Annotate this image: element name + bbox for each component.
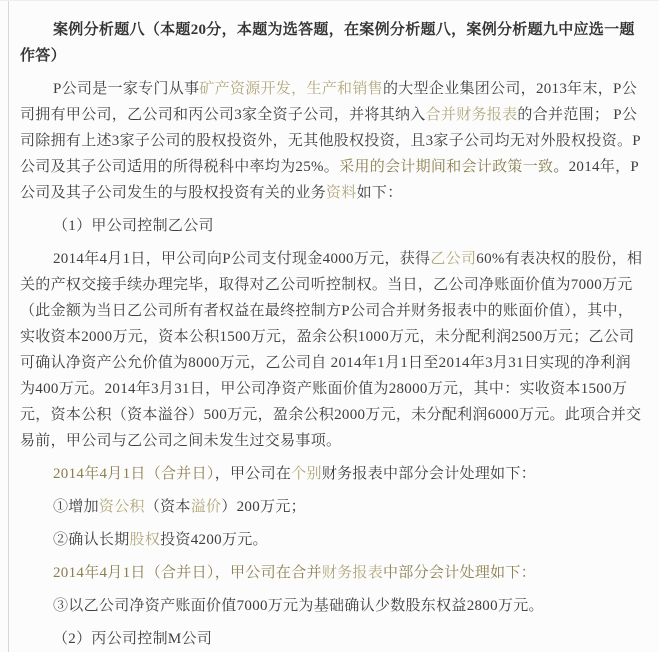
text-segment: 财务报表中部分会计处理如下： <box>322 466 536 482</box>
text-segment: 如下： <box>357 185 403 201</box>
separate-statement-heading: 2014年4月1日（合并日），甲公司在个别财务报表中部分会计处理如下： <box>20 461 644 487</box>
text-segment: P公司是一家专门从事 <box>53 81 199 97</box>
section-2-heading: （2）丙公司控制M公司 <box>20 626 644 652</box>
text-segment: 采用的会计期间和会计政策一致 <box>339 159 553 175</box>
text-segment: （资本 <box>145 499 191 515</box>
text-segment: 2014年4月1日（合并日），甲公司在合并 <box>53 565 322 581</box>
text-segment: ①增加 <box>53 499 99 515</box>
text-segment: 乙公司 <box>430 251 476 267</box>
text-segment: 2014年4月1日（合并日） <box>53 466 215 482</box>
entry-1: ①增加资公积（资本溢价）200万元； <box>20 494 644 520</box>
text-segment: 60%有表决权的股份，相关的产权交接手续办理完毕，取得对乙公司听控制权。当日，乙… <box>20 251 642 449</box>
text-segment: ②确认长期 <box>53 532 130 548</box>
text-segment: （2）丙公司控制M公司 <box>53 631 212 647</box>
text-segment: ，甲公司在 <box>215 466 292 482</box>
text-segment: 矿产资源开发，生产和销售 <box>199 81 383 97</box>
text-segment: 案例分析题八（本题20分，本题为选答题，在案例分析题八，案例分析题九中应选一题作… <box>20 22 635 64</box>
document-body: 案例分析题八（本题20分，本题为选答题，在案例分析题八，案例分析题九中应选一题作… <box>0 1 659 652</box>
text-segment: 溢价 <box>191 499 222 515</box>
text-segment: 资料 <box>326 185 357 201</box>
text-segment: 中部分会计处理如下： <box>383 565 536 581</box>
text-segment: 财务报表 <box>322 565 383 581</box>
text-segment: 资公积 <box>99 499 145 515</box>
text-segment: 投资4200万元。 <box>160 532 268 548</box>
text-segment: 个别 <box>291 466 322 482</box>
text-segment: 股权 <box>130 532 161 548</box>
page-root: 案例分析题八（本题20分，本题为选答题，在案例分析题八，案例分析题九中应选一题作… <box>0 0 659 652</box>
section-1-body: 2014年4月1日，甲公司向P公司支付现金4000万元，获得乙公司60%有表决权… <box>20 246 644 454</box>
question-title: 案例分析题八（本题20分，本题为选答题，在案例分析题八，案例分析题九中应选一题作… <box>20 17 644 69</box>
entry-2: ②确认长期股权投资4200万元。 <box>20 527 644 553</box>
text-segment: 合并财务报表 <box>426 107 518 123</box>
text-segment: ）200万元； <box>221 499 306 515</box>
section-1-heading: （1）甲公司控制乙公司 <box>20 213 644 239</box>
text-segment: （1）甲公司控制乙公司 <box>53 218 214 234</box>
entry-3: ③以乙公司净资产账面价值7000万元为基础确认少数股东权益2800万元。 <box>20 593 644 619</box>
consolidated-statement-heading: 2014年4月1日（合并日），甲公司在合并财务报表中部分会计处理如下： <box>20 560 644 586</box>
text-segment: ③以乙公司净资产账面价值7000万元为基础确认少数股东权益2800万元。 <box>53 598 544 614</box>
intro-paragraph: P公司是一家专门从事矿产资源开发，生产和销售的大型企业集团公司，2013年末，P… <box>20 76 644 206</box>
text-segment: 2014年4月1日，甲公司向P公司支付现金4000万元，获得 <box>53 251 430 267</box>
